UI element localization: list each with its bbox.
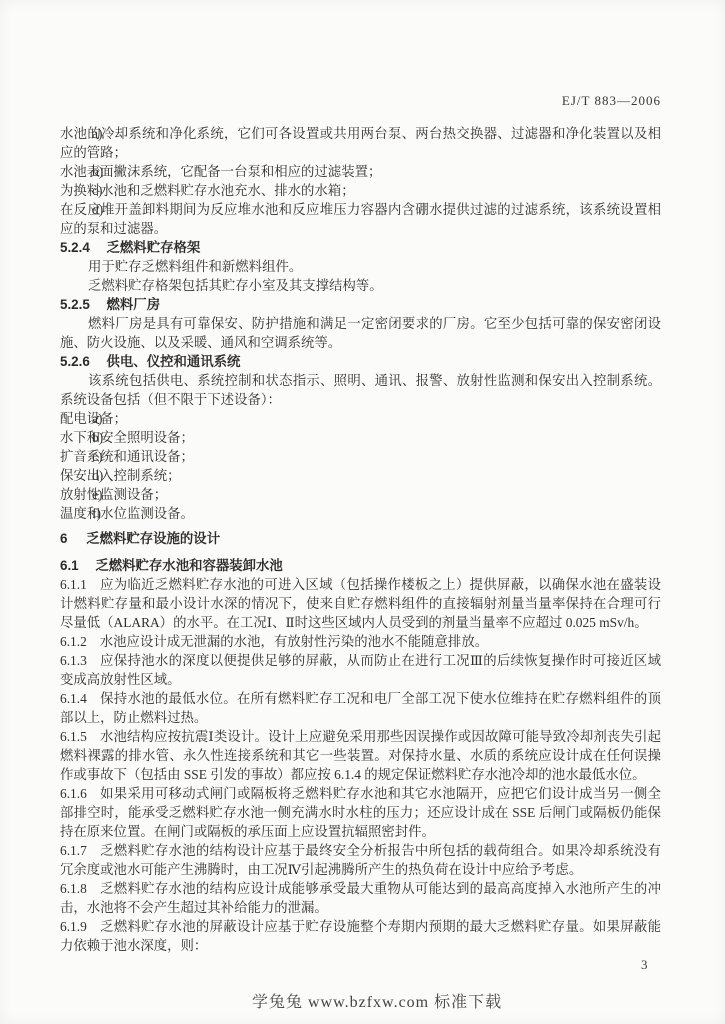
list-item-label: b) bbox=[92, 428, 103, 447]
section-title: 供电、仪控和通讯系统 bbox=[107, 354, 241, 369]
clause-text: 应保持池水的深度以便提供足够的屏蔽，从而防止在进行工况Ⅲ的后续恢复操作时可接近区… bbox=[60, 653, 661, 687]
list-item-text: 水池表面撇沫系统，它配备一台泵和相应的过滤装置； bbox=[60, 164, 381, 179]
list-item: e) 放射性监测设备； bbox=[60, 485, 661, 504]
list-item-text: 保安出入控制系统； bbox=[60, 468, 181, 483]
watermark-text: 学兔兔 www.bzfxw.com 标准下载 bbox=[252, 989, 502, 1012]
clause-text: 乏燃料贮存水池的结构设计应基于最终安全分析报告中所包括的载荷组合。如果冷却系统没… bbox=[60, 843, 661, 877]
section-title: 乏燃料贮存格架 bbox=[107, 240, 201, 255]
clause-number: 6.1.3 bbox=[60, 653, 87, 668]
clause-6-1-1: 6.1.1应为临近乏燃料贮存水池的可进入区域（包括操作楼板之上）提供屏蔽，以确保… bbox=[60, 575, 661, 632]
section-title: 乏燃料贮存水池和容器装卸水池 bbox=[95, 558, 282, 573]
document-page: EJ/T 883—2006 a) 水池的冷却系统和净化系统，它们可各设置或共用两… bbox=[0, 0, 725, 1024]
paragraph: 燃料厂房是具有可靠保安、防护措施和满足一定密闭要求的厂房。它至少包括可靠的保安密… bbox=[60, 314, 661, 352]
clause-number: 6.1.2 bbox=[60, 634, 87, 649]
list-item-text: 在反应堆开盖卸料期间为反应堆水池和反应堆压力容器内含硼水提供过滤的过滤系统，该系… bbox=[60, 202, 661, 236]
list-item: a) 配电设备； bbox=[60, 409, 661, 428]
list-item-label: b) bbox=[92, 162, 103, 181]
page-number: 3 bbox=[641, 957, 648, 973]
clause-number: 6.1.9 bbox=[60, 919, 87, 934]
list-item: f) 温度和水位监测设备。 bbox=[60, 504, 661, 523]
list-item-text: 扩音系统和通讯设备； bbox=[60, 449, 194, 464]
section-heading-5-2-6: 5.2.6 供电、仪控和通讯系统 bbox=[60, 352, 661, 371]
clause-number: 6.1.8 bbox=[60, 881, 87, 896]
page-content: a) 水池的冷却系统和净化系统，它们可各设置或共用两台泵、两台热交换器、过滤器和… bbox=[60, 124, 661, 955]
clause-6-1-9: 6.1.9乏燃料贮存水池的屏蔽设计应基于贮存设施整个寿期内预期的最大乏燃料贮存量… bbox=[60, 917, 661, 955]
paragraph: 该系统包括供电、系统控制和状态指示、照明、通讯、报警、放射性监测和保安出入控制系… bbox=[60, 371, 661, 409]
list-item-text: 温度和水位监测设备。 bbox=[60, 506, 194, 521]
clause-text: 水池应设计成无泄漏的水池，有放射性污染的池水不能随意排放。 bbox=[100, 634, 488, 649]
list-item-text: 水池的冷却系统和净化系统，它们可各设置或共用两台泵、两台热交换器、过滤器和净化装… bbox=[60, 126, 661, 160]
list-item-label: e) bbox=[92, 485, 102, 504]
clause-6-1-5: 6.1.5水池结构应按抗震Ⅰ类设计。设计上应避免采用那些因误操作或因故障可能导致… bbox=[60, 727, 661, 784]
doc-code-header: EJ/T 883—2006 bbox=[562, 93, 661, 109]
clause-text: 如果采用可移动式闸门或隔板将乏燃料贮存水池和其它水池隔开，应把它们设计成当另一侧… bbox=[60, 786, 661, 839]
list-item: c) 扩音系统和通讯设备； bbox=[60, 447, 661, 466]
clause-6-1-2: 6.1.2水池应设计成无泄漏的水池，有放射性污染的池水不能随意排放。 bbox=[60, 632, 661, 651]
section-heading-5-2-4: 5.2.4 乏燃料贮存格架 bbox=[60, 238, 661, 257]
list-item-text: 放射性监测设备； bbox=[60, 487, 167, 502]
list-item-label: c) bbox=[92, 181, 102, 200]
section-number: 5.2.6 bbox=[60, 354, 90, 369]
list-item-label: d) bbox=[92, 200, 103, 219]
list-item-label: d) bbox=[92, 466, 103, 485]
list-item-label: a) bbox=[92, 409, 102, 428]
list-item: b) 水池表面撇沫系统，它配备一台泵和相应的过滤装置； bbox=[60, 162, 661, 181]
list-item-label: c) bbox=[92, 447, 102, 466]
list-item-label: a) bbox=[92, 124, 102, 143]
section-title: 燃料厂房 bbox=[107, 297, 161, 312]
list-item-text: 为换料水池和乏燃料贮存水池充水、排水的水箱； bbox=[60, 183, 355, 198]
clause-text: 乏燃料贮存水池的屏蔽设计应基于贮存设施整个寿期内预期的最大乏燃料贮存量。如果屏蔽… bbox=[60, 919, 661, 953]
clause-number: 6.1.4 bbox=[60, 691, 87, 706]
clause-6-1-6: 6.1.6如果采用可移动式闸门或隔板将乏燃料贮存水池和其它水池隔开，应把它们设计… bbox=[60, 784, 661, 841]
paragraph: 乏燃料贮存格架包括其贮存小室及其支撑结构等。 bbox=[60, 276, 661, 295]
clause-text: 乏燃料贮存水池的结构应设计成能够承受最大重物从可能达到的最高高度掉入水池所产生的… bbox=[60, 881, 661, 915]
clause-6-1-8: 6.1.8乏燃料贮存水池的结构应设计成能够承受最大重物从可能达到的最高高度掉入水… bbox=[60, 879, 661, 917]
chapter-number: 6 bbox=[60, 531, 67, 546]
clause-text: 应为临近乏燃料贮存水池的可进入区域（包括操作楼板之上）提供屏蔽，以确保水池在盛装… bbox=[60, 577, 661, 630]
clause-number: 6.1.1 bbox=[60, 577, 87, 592]
list-item: a) 水池的冷却系统和净化系统，它们可各设置或共用两台泵、两台热交换器、过滤器和… bbox=[60, 124, 661, 162]
list-item: c) 为换料水池和乏燃料贮存水池充水、排水的水箱； bbox=[60, 181, 661, 200]
paragraph: 用于贮存乏燃料组件和新燃料组件。 bbox=[60, 257, 661, 276]
list-item-text: 水下和安全照明设备； bbox=[60, 430, 194, 445]
section-number: 5.2.4 bbox=[60, 240, 90, 255]
clause-text: 保持水池的最低水位。在所有燃料贮存工况和电厂全部工况下使水位维持在贮存燃料组件的… bbox=[60, 691, 661, 725]
section-number: 5.2.5 bbox=[60, 297, 90, 312]
clause-6-1-4: 6.1.4保持水池的最低水位。在所有燃料贮存工况和电厂全部工况下使水位维持在贮存… bbox=[60, 689, 661, 727]
list-item: d) 保安出入控制系统； bbox=[60, 466, 661, 485]
clause-6-1-3: 6.1.3应保持池水的深度以便提供足够的屏蔽，从而防止在进行工况Ⅲ的后续恢复操作… bbox=[60, 651, 661, 689]
clause-number: 6.1.6 bbox=[60, 786, 87, 801]
clause-number: 6.1.5 bbox=[60, 729, 87, 744]
section-number: 6.1 bbox=[60, 558, 79, 573]
list-item-label: f) bbox=[92, 504, 101, 523]
chapter-title: 乏燃料贮存设施的设计 bbox=[86, 531, 220, 546]
clause-number: 6.1.7 bbox=[60, 843, 87, 858]
list-item: d) 在反应堆开盖卸料期间为反应堆水池和反应堆压力容器内含硼水提供过滤的过滤系统… bbox=[60, 200, 661, 238]
section-heading-6-1: 6.1 乏燃料贮存水池和容器装卸水池 bbox=[60, 556, 661, 575]
clause-text: 水池结构应按抗震Ⅰ类设计。设计上应避免采用那些因误操作或因故障可能导致冷却剂丧失… bbox=[60, 729, 661, 782]
list-item: b) 水下和安全照明设备； bbox=[60, 428, 661, 447]
chapter-heading-6: 6 乏燃料贮存设施的设计 bbox=[60, 529, 661, 548]
section-heading-5-2-5: 5.2.5 燃料厂房 bbox=[60, 295, 661, 314]
clause-6-1-7: 6.1.7乏燃料贮存水池的结构设计应基于最终安全分析报告中所包括的载荷组合。如果… bbox=[60, 841, 661, 879]
